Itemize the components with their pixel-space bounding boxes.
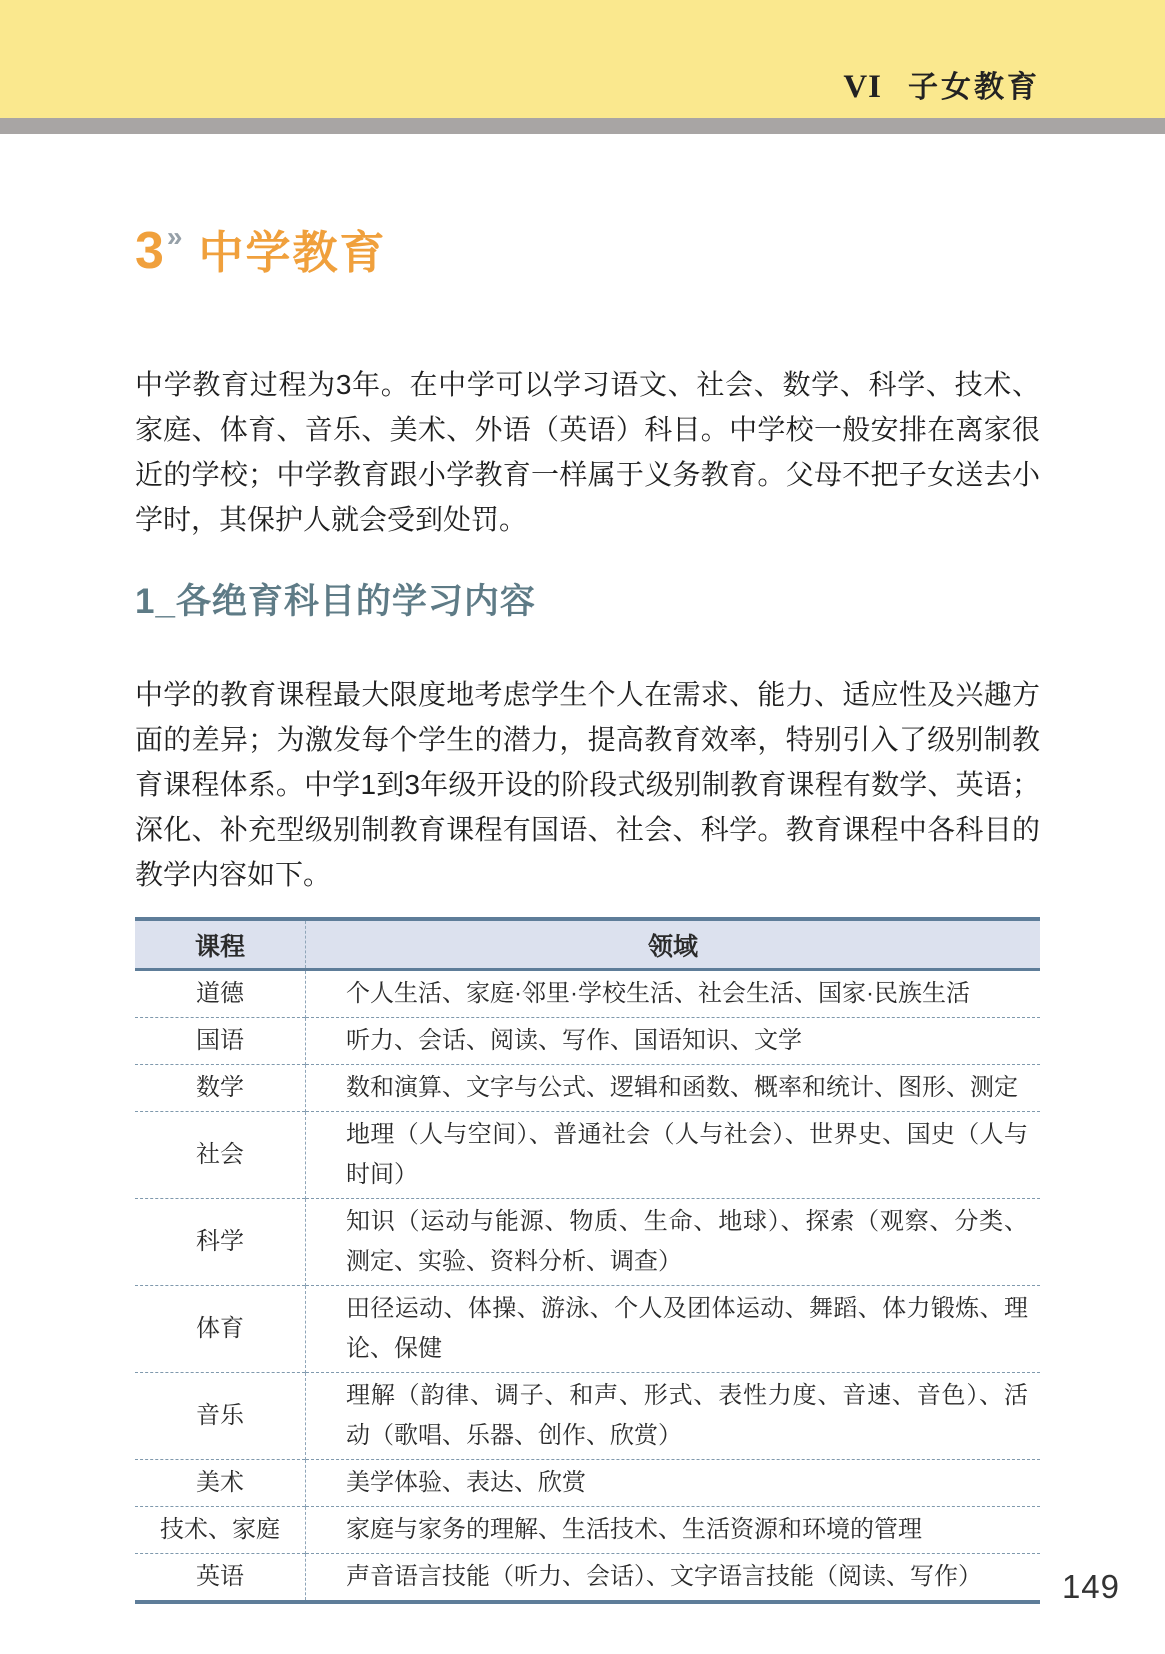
document-page: VI 子女教育 3»中学教育 中学教育过程为3年。在中学可以学习语文、社会、数学… bbox=[0, 0, 1165, 1654]
domain-cell: 个人生活、家庭·邻里·学校生活、社会生活、国家·民族生活 bbox=[306, 970, 1041, 1018]
domain-cell: 知识（运动与能源、物质、生命、地球）、探索（观察、分类、测定、实验、资料分析、调… bbox=[306, 1199, 1041, 1286]
domain-cell: 家庭与家务的理解、生活技术、生活资源和环境的管理 bbox=[306, 1507, 1041, 1554]
table-row: 体育田径运动、体操、游泳、个人及团体运动、舞蹈、体力锻炼、理论、保健 bbox=[135, 1286, 1040, 1373]
chevrons-marker-icon: » bbox=[167, 221, 183, 252]
table-row: 音乐理解（韵律、调子、和声、形式、表性力度、音速、音色）、活动（歌唱、乐器、创作… bbox=[135, 1373, 1040, 1460]
subject-domain-table: 课程 领域 道德个人生活、家庭·邻里·学校生活、社会生活、国家·民族生活国语听力… bbox=[135, 917, 1040, 1604]
subject-table-body: 道德个人生活、家庭·邻里·学校生活、社会生活、国家·民族生活国语听力、会话、阅读… bbox=[135, 970, 1040, 1603]
column-header-subject: 课程 bbox=[135, 919, 306, 970]
table-row: 科学知识（运动与能源、物质、生命、地球）、探索（观察、分类、测定、实验、资料分析… bbox=[135, 1199, 1040, 1286]
domain-cell: 美学体验、表达、欣赏 bbox=[306, 1460, 1041, 1507]
subject-cell: 国语 bbox=[135, 1018, 306, 1065]
domain-cell: 田径运动、体操、游泳、个人及团体运动、舞蹈、体力锻炼、理论、保健 bbox=[306, 1286, 1041, 1373]
table-head: 课程 领域 bbox=[135, 919, 1040, 970]
subject-cell: 技术、家庭 bbox=[135, 1507, 306, 1554]
column-header-domain: 领域 bbox=[306, 919, 1041, 970]
section-title-text: 中学教育 bbox=[199, 227, 387, 278]
table-header-row: 课程 领域 bbox=[135, 919, 1040, 970]
subject-cell: 数学 bbox=[135, 1065, 306, 1112]
subject-cell: 社会 bbox=[135, 1112, 306, 1199]
subject-cell: 科学 bbox=[135, 1199, 306, 1286]
subsection-paragraph: 中学的教育课程最大限度地考虑学生个人在需求、能力、适应性及兴趣方面的差异；为激发… bbox=[135, 672, 1040, 897]
chapter-volume-numeral: VI bbox=[843, 69, 882, 106]
subject-cell: 道德 bbox=[135, 970, 306, 1018]
table-row: 英语声音语言技能（听力、会话）、文字语言技能（阅读、写作） bbox=[135, 1554, 1040, 1603]
subject-cell: 体育 bbox=[135, 1286, 306, 1373]
subject-cell: 美术 bbox=[135, 1460, 306, 1507]
domain-cell: 地理（人与空间）、普通社会（人与社会）、世界史、国史（人与时间） bbox=[306, 1112, 1041, 1199]
subsection-heading: 1_各绝育科目的学习内容 bbox=[135, 574, 536, 624]
domain-cell: 声音语言技能（听力、会话）、文字语言技能（阅读、写作） bbox=[306, 1554, 1041, 1603]
domain-cell: 听力、会话、阅读、写作、国语知识、文学 bbox=[306, 1018, 1041, 1065]
domain-cell: 理解（韵律、调子、和声、形式、表性力度、音速、音色）、活动（歌唱、乐器、创作、欣… bbox=[306, 1373, 1041, 1460]
table-row: 国语听力、会话、阅读、写作、国语知识、文学 bbox=[135, 1018, 1040, 1065]
page-number: 149 bbox=[1062, 1568, 1120, 1606]
section-title-number: 3 bbox=[135, 222, 164, 280]
table-row: 社会地理（人与空间）、普通社会（人与社会）、世界史、国史（人与时间） bbox=[135, 1112, 1040, 1199]
gray-divider-bar bbox=[0, 118, 1165, 134]
table-row: 技术、家庭家庭与家务的理解、生活技术、生活资源和环境的管理 bbox=[135, 1507, 1040, 1554]
domain-cell: 数和演算、文字与公式、逻辑和函数、概率和统计、图形、测定 bbox=[306, 1065, 1041, 1112]
chapter-header-badge: VI 子女教育 bbox=[843, 62, 1040, 106]
section-title: 3»中学教育 bbox=[135, 216, 387, 281]
intro-paragraph: 中学教育过程为3年。在中学可以学习语文、社会、数学、科学、技术、家庭、体育、音乐… bbox=[135, 362, 1040, 542]
chapter-name: 子女教育 bbox=[908, 62, 1040, 106]
table-row: 道德个人生活、家庭·邻里·学校生活、社会生活、国家·民族生活 bbox=[135, 970, 1040, 1018]
table-row: 数学数和演算、文字与公式、逻辑和函数、概率和统计、图形、测定 bbox=[135, 1065, 1040, 1112]
table-row: 美术美学体验、表达、欣赏 bbox=[135, 1460, 1040, 1507]
subject-cell: 英语 bbox=[135, 1554, 306, 1603]
subject-cell: 音乐 bbox=[135, 1373, 306, 1460]
